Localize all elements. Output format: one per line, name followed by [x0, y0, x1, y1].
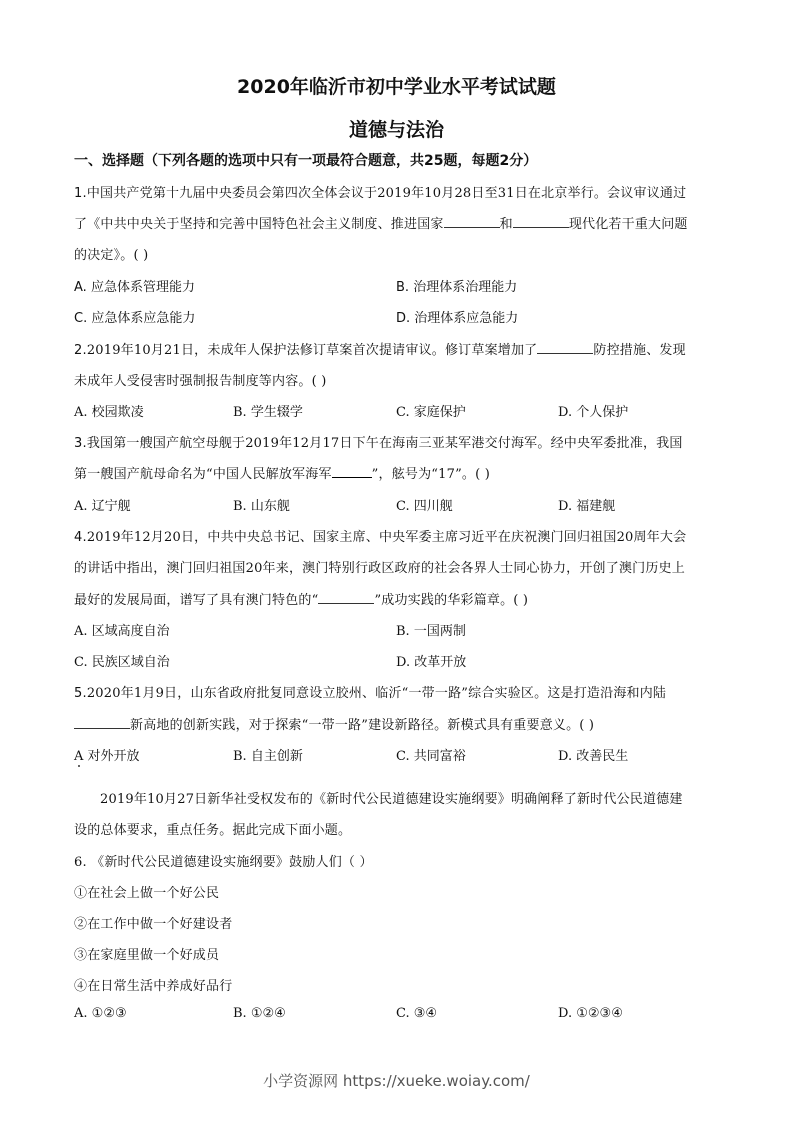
option-label: B. — [233, 499, 247, 514]
q1-text-2: 了《中共中央关于坚持和完善中国特色社会主义制度、推进国家 — [74, 217, 444, 232]
option-text: 治理体系治理能力 — [413, 280, 517, 295]
q5-line-1: 5.2020年1月9日，山东省政府批复同意设立胶州、临沂“一带一路”综合实验区。… — [74, 682, 666, 701]
option-text: 一国两制 — [414, 624, 466, 639]
option-text: 区域高度自治 — [92, 624, 170, 639]
q5-option-a[interactable]: A 对外开放 — [74, 745, 140, 764]
option-label: C. — [396, 499, 410, 514]
q2-option-c[interactable]: C. 家庭保护 — [396, 401, 466, 420]
option-text: ①②③④ — [576, 1006, 623, 1021]
option-label: D. — [396, 311, 410, 326]
option-label: A. — [74, 499, 88, 514]
q2-number: 2. — [74, 343, 87, 358]
option-text: 辽宁舰 — [92, 499, 131, 514]
option-text: 应急体系应急能力 — [91, 311, 195, 326]
option-label: A. — [74, 405, 88, 420]
q6-option-d[interactable]: D. ①②③④ — [558, 1006, 623, 1021]
option-label: D. — [558, 405, 572, 420]
q5-option-c[interactable]: C. 共同富裕 — [396, 745, 466, 764]
q3-line-2: 第一艘国产航母命名为“中国人民解放军海军”，舷号为“17”。( ) — [74, 463, 490, 482]
answer-blank — [318, 591, 374, 604]
section-heading: 一、选择题（下列各题的选项中只有一项最符合题意，共25题，每题2分） — [74, 150, 537, 170]
option-text: 山东舰 — [251, 499, 290, 514]
q3-text-3: ”，舷号为“17”。( ) — [372, 467, 490, 482]
q1-option-d[interactable]: D. 治理体系应急能力 — [396, 307, 518, 326]
q5-text-2: 新高地的创新实践，对于探索“一带一路”建设新路径。新模式具有重要意义。( ) — [130, 718, 594, 733]
q4-line-3: 最好的发展局面，谱写了具有澳门特色的“”成功实践的华彩篇章。( ) — [74, 589, 528, 608]
option-label: B. — [233, 1006, 247, 1021]
q1-line-3: 的决定》。( ) — [74, 244, 148, 263]
option-label: A. — [74, 624, 88, 639]
q1-line-1: 1.中国共产党第十九届中央委员会第四次全体会议于2019年10月28日至31日在… — [74, 182, 686, 201]
footer-watermark: 小学资源网 https://xueke.woiay.com/ — [0, 1070, 793, 1091]
q1-line-2: 了《中共中央关于坚持和完善中国特色社会主义制度、推进国家和现代化若干重大问题 — [74, 213, 688, 232]
answer-blank — [332, 465, 372, 478]
q3-text-1: 我国第一艘国产航空母舰于2019年12月17日下午在海南三亚某军港交付海军。经中… — [87, 436, 683, 451]
option-label: B. — [396, 280, 409, 295]
option-label: D. — [558, 499, 572, 514]
option-text: 民族区域自治 — [92, 655, 170, 670]
q2-text-1: 2019年10月21日，未成年人保护法修订草案首次提请审议。修订草案增加了 — [87, 343, 538, 358]
exam-subject: 道德与法治 — [0, 115, 793, 142]
option-label: D. — [396, 655, 410, 670]
q1-option-a[interactable]: A. 应急体系管理能力 — [74, 276, 195, 295]
q4-option-a[interactable]: A. 区域高度自治 — [74, 620, 170, 639]
option-text: 共同富裕 — [414, 749, 466, 764]
option-label: C. — [74, 311, 87, 326]
q2-option-b[interactable]: B. 学生辍学 — [233, 401, 303, 420]
exam-title: 2020年临沂市初中学业水平考试试题 — [0, 72, 793, 99]
q1-option-b[interactable]: B. 治理体系治理能力 — [396, 276, 517, 295]
q6-statement-4: ④在日常生活中养成好品行 — [74, 975, 232, 994]
q4-option-c[interactable]: C. 民族区域自治 — [74, 651, 170, 670]
option-text: ①②③ — [92, 1006, 127, 1021]
q1-text-3: 现代化若干重大问题 — [569, 217, 688, 232]
option-text: 应急体系管理能力 — [91, 280, 195, 295]
q4-text-3: 最好的发展局面，谱写了具有澳门特色的“ — [74, 593, 318, 608]
q1-number: 1. — [74, 186, 87, 201]
q2-option-d[interactable]: D. 个人保护 — [558, 401, 628, 420]
answer-blank — [537, 341, 593, 354]
option-label: C. — [74, 655, 88, 670]
q4-line-2: 的讲话中指出，澳门回归祖国20年来，澳门特别行政区政府的社会各界人士同心协力，开… — [74, 557, 685, 576]
q2-line-1: 2.2019年10月21日，未成年人保护法修订草案首次提请审议。修订草案增加了防… — [74, 339, 686, 358]
q4-text-1: 2019年12月20日，中共中央总书记、国家主席、中央军委主席习近平在庆祝澳门回… — [87, 530, 687, 545]
option-text: ①②④ — [251, 1006, 286, 1021]
passage-line-2: 设的总体要求，重点任务。据此完成下面小题。 — [74, 819, 351, 838]
option-label: A — [74, 749, 83, 764]
q2-text-2: 防控措施、发现 — [593, 343, 685, 358]
q3-option-c[interactable]: C. 四川舰 — [396, 495, 453, 514]
q3-option-a[interactable]: A. 辽宁舰 — [74, 495, 131, 514]
q4-option-d[interactable]: D. 改革开放 — [396, 651, 466, 670]
option-label: A. — [74, 280, 87, 295]
option-label: B. — [233, 749, 247, 764]
q4-line-1: 4.2019年12月20日，中共中央总书记、国家主席、中央军委主席习近平在庆祝澳… — [74, 526, 686, 545]
option-label: C. — [396, 405, 410, 420]
option-label: C. — [396, 749, 410, 764]
option-text: 学生辍学 — [251, 405, 303, 420]
q3-text-2: 第一艘国产航母命名为“中国人民解放军海军 — [74, 467, 332, 482]
option-text: 治理体系应急能力 — [414, 311, 518, 326]
option-label: A. — [74, 1006, 88, 1021]
q3-line-1: 3.我国第一艘国产航空母舰于2019年12月17日下午在海南三亚某军港交付海军。… — [74, 432, 683, 451]
q5-number: 5. — [74, 686, 87, 701]
q6-statement-2: ②在工作中做一个好建设者 — [74, 913, 232, 932]
option-label: B. — [396, 624, 410, 639]
option-text: 自主创新 — [251, 749, 303, 764]
option-text: ③④ — [414, 1006, 437, 1021]
q2-line-2: 未成年人受侵害时强制报告制度等内容。( ) — [74, 370, 326, 389]
option-text: 改革开放 — [414, 655, 466, 670]
answer-blank — [74, 716, 130, 729]
q5-option-b[interactable]: B. 自主创新 — [233, 745, 303, 764]
q3-option-d[interactable]: D. 福建舰 — [558, 495, 615, 514]
q2-option-a[interactable]: A. 校园欺凌 — [74, 401, 144, 420]
answer-blank — [444, 215, 500, 228]
option-text: 校园欺凌 — [92, 405, 144, 420]
option-text: 家庭保护 — [414, 405, 466, 420]
q5-option-d[interactable]: D. 改善民生 — [558, 745, 628, 764]
option-text: 个人保护 — [576, 405, 628, 420]
q4-text-4: ”成功实践的华彩篇章。( ) — [374, 593, 528, 608]
q6-stem: 6. 《新时代公民道德建设实施纲要》鼓励人们（ ） — [74, 851, 373, 870]
q1-option-c[interactable]: C. 应急体系应急能力 — [74, 307, 195, 326]
q4-number: 4. — [74, 530, 87, 545]
q6-statement-3: ③在家庭里做一个好成员 — [74, 944, 219, 963]
q3-number: 3. — [74, 436, 87, 451]
passage-line-1: 2019年10月27日新华社受权发布的《新时代公民道德建设实施纲要》明确阐释了新… — [100, 788, 683, 807]
option-text: 四川舰 — [414, 499, 453, 514]
option-label: D. — [558, 1006, 572, 1021]
q5-text-1: 2020年1月9日，山东省政府批复同意设立胶州、临沂“一带一路”综合实验区。这是… — [87, 686, 666, 701]
answer-blank — [513, 215, 569, 228]
option-text: 福建舰 — [576, 499, 615, 514]
option-label: C. — [396, 1006, 410, 1021]
q5-line-2: 新高地的创新实践，对于探索“一带一路”建设新路径。新模式具有重要意义。( ) — [74, 714, 594, 733]
stray-mark — [78, 765, 80, 767]
option-text: 改善民生 — [576, 749, 628, 764]
q1-text-and: 和 — [500, 217, 513, 232]
option-text: 对外开放 — [88, 749, 140, 764]
q6-option-c[interactable]: C. ③④ — [396, 1006, 437, 1021]
q6-option-a[interactable]: A. ①②③ — [74, 1006, 127, 1021]
q1-text-1: 中国共产党第十九届中央委员会第四次全体会议于2019年10月28日至31日在北京… — [87, 186, 687, 201]
q6-option-b[interactable]: B. ①②④ — [233, 1006, 286, 1021]
option-label: D. — [558, 749, 572, 764]
q4-option-b[interactable]: B. 一国两制 — [396, 620, 466, 639]
q6-statement-1: ①在社会上做一个好公民 — [74, 882, 219, 901]
option-label: B. — [233, 405, 247, 420]
q3-option-b[interactable]: B. 山东舰 — [233, 495, 290, 514]
